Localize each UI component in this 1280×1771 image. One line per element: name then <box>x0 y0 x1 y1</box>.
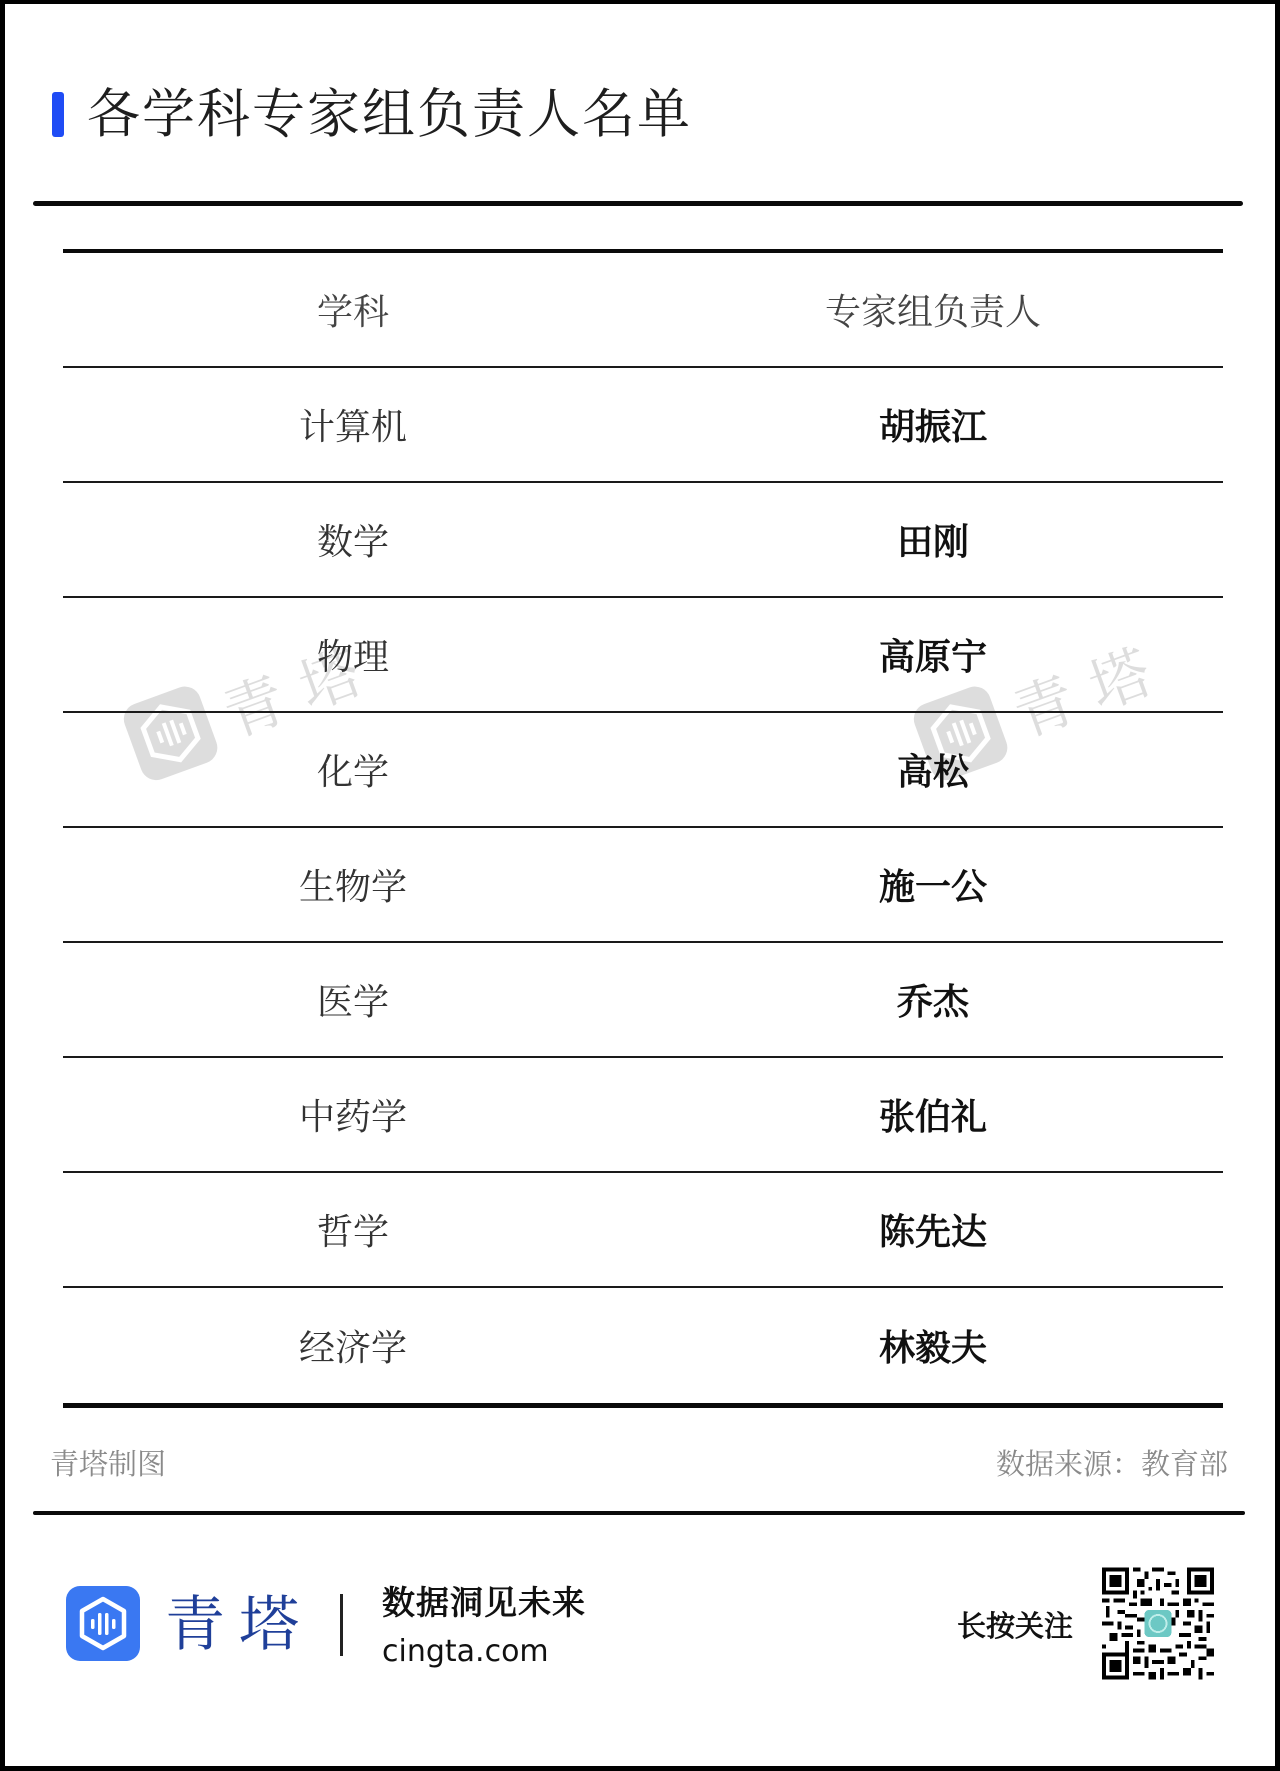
table-row: 计算机 胡振江 <box>63 368 1223 483</box>
leaders-table: 学科 专家组负责人 计算机 胡振江 数学 田刚 物理 高原宁 化学 高松 生物学… <box>63 249 1223 1408</box>
subject-cell: 哲学 <box>63 1173 643 1286</box>
follow-prompt: 长按关注 <box>957 1606 1073 1646</box>
subject-cell: 生物学 <box>63 828 643 941</box>
leader-cell: 胡振江 <box>643 368 1223 481</box>
title-divider <box>33 201 1243 206</box>
brand-domain: cingta.com <box>382 1632 549 1672</box>
table-row: 化学 高松 <box>63 713 1223 828</box>
leader-cell: 张伯礼 <box>643 1058 1223 1171</box>
subject-cell: 物理 <box>63 598 643 711</box>
subject-cell: 中药学 <box>63 1058 643 1171</box>
qr-code-icon[interactable] <box>1102 1567 1214 1680</box>
brand-divider <box>340 1594 343 1656</box>
qingta-logo-icon <box>66 1586 140 1661</box>
leader-cell: 高松 <box>643 713 1223 826</box>
subject-cell: 计算机 <box>63 368 643 481</box>
subject-cell: 医学 <box>63 943 643 1056</box>
brand-tagline: 数据洞见未来 <box>382 1582 586 1624</box>
column-header-subject: 学科 <box>63 253 643 366</box>
page-title: 各学科专家组负责人名单 <box>87 84 692 146</box>
table-row: 经济学 林毅夫 <box>63 1288 1223 1403</box>
table-row: 生物学 施一公 <box>63 828 1223 943</box>
table-row: 医学 乔杰 <box>63 943 1223 1058</box>
column-header-leader: 专家组负责人 <box>643 253 1223 366</box>
table-row: 中药学 张伯礼 <box>63 1058 1223 1173</box>
table-row: 数学 田刚 <box>63 483 1223 598</box>
title-accent-bar <box>52 92 64 137</box>
subject-cell: 数学 <box>63 483 643 596</box>
subject-cell: 化学 <box>63 713 643 826</box>
leader-cell: 田刚 <box>643 483 1223 596</box>
subject-cell: 经济学 <box>63 1288 643 1403</box>
infographic-page: 各学科专家组负责人名单 青塔 青塔 学科 专家组负责人 计算机 胡振江 数学 田… <box>5 4 1275 1766</box>
credit-note: 青塔制图 <box>50 1444 166 1484</box>
leader-cell: 施一公 <box>643 828 1223 941</box>
table-row: 哲学 陈先达 <box>63 1173 1223 1288</box>
table-bottom-rule <box>63 1403 1223 1408</box>
leader-cell: 林毅夫 <box>643 1288 1223 1403</box>
data-source-note: 数据来源：教育部 <box>996 1444 1228 1484</box>
leader-cell: 陈先达 <box>643 1173 1223 1286</box>
leader-cell: 高原宁 <box>643 598 1223 711</box>
footer-divider <box>33 1511 1245 1515</box>
leader-cell: 乔杰 <box>643 943 1223 1056</box>
table-row: 物理 高原宁 <box>63 598 1223 713</box>
table-header-row: 学科 专家组负责人 <box>63 253 1223 368</box>
brand-name: 青塔 <box>165 1590 313 1660</box>
